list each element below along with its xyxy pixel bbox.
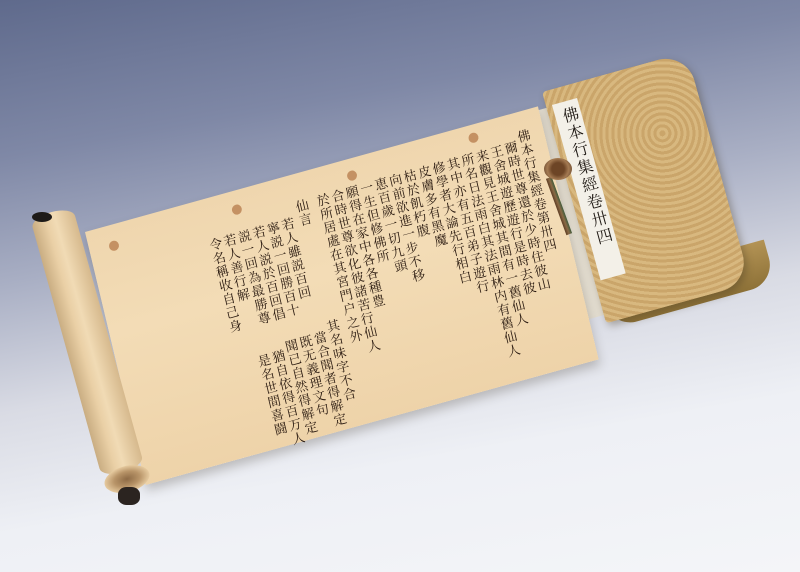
roller-knob-top (32, 212, 52, 222)
stain (108, 240, 120, 252)
roller-knob-bottom (118, 487, 140, 505)
stain (231, 203, 243, 215)
stain (346, 169, 358, 181)
text-column: 仙言 (292, 198, 312, 229)
stain (468, 132, 480, 144)
tie-cord-knot (544, 158, 572, 180)
